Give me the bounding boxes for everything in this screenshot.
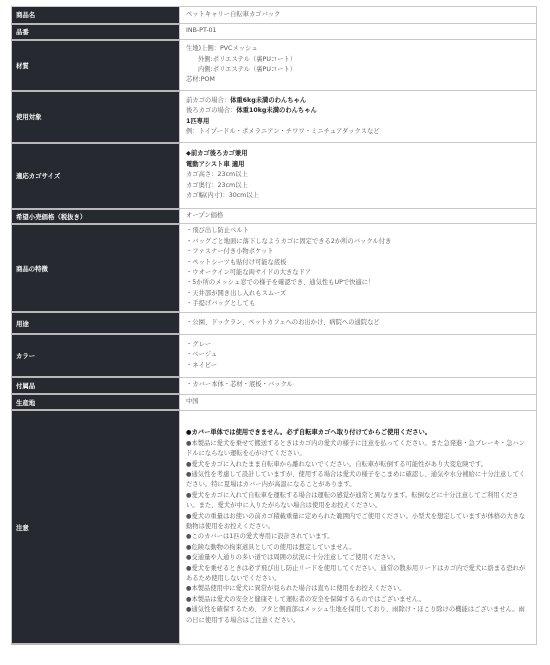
row-value: 生地)上側：PVCメッシュ 外側:ポリエステル（裏PUコート） 内側:ポリエステ… — [180, 40, 537, 91]
row-value: 前カゴの場合：体重6kg未満のわんちゃん 後ろカゴの場合：体重10kg未満のわん… — [180, 91, 537, 143]
row-value: ・飛び出し防止ベルト ・バッグごと地面に落下しなようカゴに固定できる2か所のバッ… — [180, 224, 537, 312]
caution-item: ●危険な動物の拘束道具としての使用は想定していません。 — [186, 543, 530, 553]
spec-row-model-number: 品番 INB-PT-01 — [12, 24, 537, 40]
row-label: 商品の特徴 — [12, 224, 180, 312]
model-number: INB-PT-01 — [186, 26, 530, 36]
row-value: オープン価格 — [180, 209, 537, 224]
spec-row-target: 使用対象 前カゴの場合：体重6kg未満のわんちゃん 後ろカゴの場合：体重10kg… — [12, 91, 537, 143]
caution-item: ●本製品使用中に愛犬に異常が見られた場合は直ちに使用をお控えください。 — [186, 584, 530, 594]
spec-row-color: カラー ・グレー ・ベージュ ・ネイビー — [12, 334, 537, 377]
spec-row-accessories: 付属品 ・カバー本体・芯材・底板・バックル — [12, 377, 537, 394]
value-line: カゴ幅(内寸)：30cm以上 — [186, 191, 530, 201]
value-text: 後ろカゴの場合： — [186, 107, 236, 114]
value-line: カゴ高さ：23cm以上 — [186, 170, 530, 180]
row-value: 中国 — [180, 394, 537, 410]
value-line: 芯材:POM — [186, 75, 530, 85]
value-text-bold: 体重6kg未満のわんちゃん — [230, 97, 306, 104]
caution-item: ●このカバーは1匹の愛犬専用に設計されています。 — [186, 532, 530, 542]
spec-row-basket-size: 適応カゴサイズ ◆前カゴ後ろカゴ兼用 電動アシスト車 適用 カゴ高さ：23cm以… — [12, 143, 537, 209]
caution-item: ●通気性を考慮して設計していますが、使用する場合は愛犬の様子をこまめに確認し、通… — [186, 470, 530, 491]
value-line: 1匹専用 — [186, 117, 530, 127]
row-value: ・公園、ドックラン、ペットカフェへのお出かけ、病院への通院など — [180, 312, 537, 334]
row-label: 生産地 — [12, 394, 180, 410]
value-line: 中国 — [186, 397, 530, 407]
feature-item: ・ペットシーツも貼付け可能な底板 — [186, 258, 530, 268]
row-label: 希望小売価格（税抜き） — [12, 209, 180, 224]
value-line: ・公園、ドックラン、ペットカフェへのお出かけ、病院への通院など — [186, 318, 530, 328]
caution-item: ●愛犬の重量はお使いの前カゴ積載重量に定められた範囲内でご使用ください。小型犬を… — [186, 512, 530, 533]
row-label: 付属品 — [12, 377, 180, 394]
row-value: INB-PT-01 — [180, 24, 537, 40]
spec-row-product-name: 商品名 ペットキャリー自転車カゴバック — [12, 7, 537, 24]
value-line: 生地)上側：PVCメッシュ — [186, 44, 530, 54]
value-line: 電動アシスト車 適用 — [186, 160, 530, 170]
value-text-bold: 体重10kg未満のわんちゃん — [236, 107, 316, 114]
color-option: ・ベージュ — [186, 350, 530, 360]
row-label: 用途 — [12, 312, 180, 334]
row-value: ●カバー単体では使用できません。必ず自転車カゴへ取り付けてからご使用ください。 … — [180, 410, 537, 644]
value-line: 外側:ポリエステル（裏PUコート） — [186, 55, 530, 65]
value-line: 内側:ポリエステル（裏PUコート） — [186, 65, 530, 75]
value-line: 例：トイプードル・ポメラニアン・チワワ・ミニチュアダックスなど — [186, 127, 530, 137]
row-label: 適応カゴサイズ — [12, 143, 180, 209]
spec-row-material: 材質 生地)上側：PVCメッシュ 外側:ポリエステル（裏PUコート） 内側:ポリ… — [12, 40, 537, 91]
feature-item: ・ウオークイン可能な両サイドの大きなドア — [186, 268, 530, 278]
row-value: ・カバー本体・芯材・底板・バックル — [180, 377, 537, 394]
row-label: 使用対象 — [12, 91, 180, 143]
caution-item: ●愛犬をカゴに入れたまま自転車から離れないでください。自転車が転倒する可能性があ… — [186, 460, 530, 470]
row-label: 品番 — [12, 24, 180, 40]
color-option: ・ネイビー — [186, 361, 530, 371]
spec-row-retail-price: 希望小売価格（税抜き） オープン価格 — [12, 209, 537, 224]
feature-item: ・5か所のメッシュ窓での様子を確認でき、通気性もUPで快適に！ — [186, 278, 530, 288]
caution-item: ●通気性を確保するため、フタと側面部はメッシュ生地を採用しており、雨除け・ほこり… — [186, 605, 530, 626]
value-text: 前カゴの場合： — [186, 97, 230, 104]
feature-item: ・飛び出し防止ベルト — [186, 226, 530, 236]
feature-item: ・バッグごと地面に落下しなようカゴに固定できる2か所のバックル付き — [186, 237, 530, 247]
feature-item: ・天井部が開き出し入れもスムーズ — [186, 289, 530, 299]
spec-row-cautions: 注意 ●カバー単体では使用できません。必ず自転車カゴへ取り付けてからご使用くださ… — [12, 410, 537, 644]
value-line: 前カゴの場合：体重6kg未満のわんちゃん — [186, 96, 530, 106]
row-label: 商品名 — [12, 7, 180, 24]
spec-row-features: 商品の特徴 ・飛び出し防止ベルト ・バッグごと地面に落下しなようカゴに固定できる… — [12, 224, 537, 312]
price-value: オープン価格 — [186, 211, 530, 221]
caution-item: ●本製品に愛犬を乗せて搬送するときはカゴ内の愛犬の様子に注意を払ってください。ま… — [186, 439, 530, 460]
caution-item: ●本製品は愛犬の安全と健康そして運転者の安全を保障するものではございません。 — [186, 595, 530, 605]
row-value: ◆前カゴ後ろカゴ兼用 電動アシスト車 適用 カゴ高さ：23cm以上 カゴ奥行：2… — [180, 143, 537, 209]
caution-item: ●カバー単体では使用できません。必ず自転車カゴへ取り付けてからご使用ください。 — [186, 428, 530, 438]
caution-item: ●愛犬をカゴに入れて自転車を運転する場合は運転の感覚が通常と異なります。転倒など… — [186, 491, 530, 512]
spec-row-usage: 用途 ・公園、ドックラン、ペットカフェへのお出かけ、病院への通院など — [12, 312, 537, 334]
caution-item: ●愛犬を乗せるときは必ず飛び出し防止リードを使用してください。通常の散歩用リード… — [186, 564, 530, 585]
value-line: カゴ奥行：23cm以上 — [186, 181, 530, 191]
product-name: ペットキャリー自転車カゴバック — [186, 10, 530, 20]
feature-item: ・手提げバッグとしても — [186, 299, 530, 309]
row-value: ・グレー ・ベージュ ・ネイビー — [180, 334, 537, 377]
spec-row-origin: 生産地 中国 — [12, 394, 537, 410]
caution-item: ●交通量や人通りの多い道では周囲の状況に十分注意してご使用ください。 — [186, 553, 530, 563]
value-line: 後ろカゴの場合：体重10kg未満のわんちゃん — [186, 106, 530, 116]
value-line: ◆前カゴ後ろカゴ兼用 — [186, 149, 530, 159]
row-label: 材質 — [12, 40, 180, 91]
row-label: カラー — [12, 334, 180, 377]
feature-item: ・ファスナー付き小物ポケット — [186, 247, 530, 257]
row-label: 注意 — [12, 410, 180, 644]
row-value: ペットキャリー自転車カゴバック — [180, 7, 537, 24]
spec-table: 商品名 ペットキャリー自転車カゴバック 品番 INB-PT-01 材質 生地)上… — [11, 6, 537, 645]
value-line: ・カバー本体・芯材・底板・バックル — [186, 380, 530, 390]
color-option: ・グレー — [186, 340, 530, 350]
product-spec-sheet: 商品名 ペットキャリー自転車カゴバック 品番 INB-PT-01 材質 生地)上… — [11, 6, 537, 645]
